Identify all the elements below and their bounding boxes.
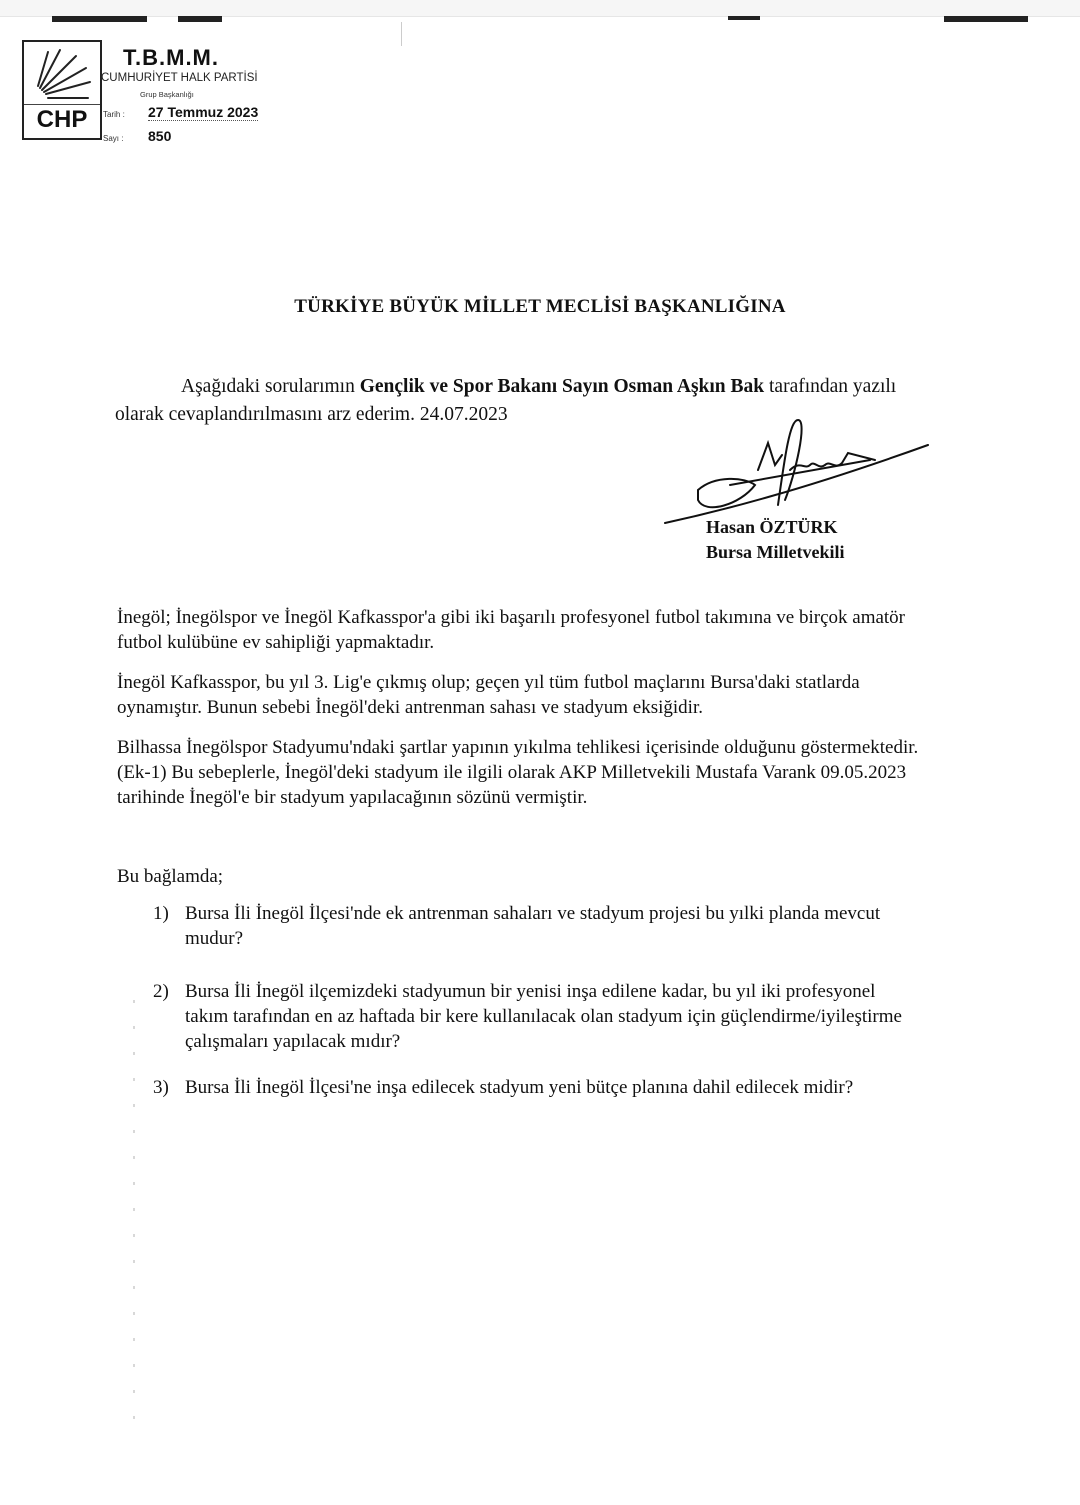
minister-name: Gençlik ve Spor Bakanı Sayın Osman Aşkın… bbox=[360, 376, 764, 397]
letterhead-group: Grup Başkanlığı bbox=[140, 90, 194, 99]
signer-title: Bursa Milletvekili bbox=[706, 540, 845, 565]
body-paragraph: Bilhassa İnegölspor Stadyumu'ndaki şartl… bbox=[117, 735, 927, 810]
logo-text: CHP bbox=[24, 106, 100, 134]
date-value: 27 Temmuz 2023 bbox=[148, 104, 258, 121]
number-value: 850 bbox=[148, 128, 171, 144]
party-logo: CHP bbox=[22, 40, 102, 140]
fax-header-clipped bbox=[52, 16, 147, 22]
handwritten-signature-icon bbox=[660, 415, 930, 530]
intro-text: Aşağıdaki sorularımın bbox=[181, 376, 360, 397]
scan-artifact bbox=[401, 22, 402, 46]
fax-header-clipped bbox=[178, 16, 222, 22]
question-number: 2) bbox=[153, 979, 185, 1054]
body-paragraph: İnegöl; İnegölspor ve İnegöl Kafkasspor'… bbox=[117, 605, 927, 655]
signer-block: Hasan ÖZTÜRK Bursa Milletvekili bbox=[706, 515, 845, 565]
number-label: Sayı : bbox=[103, 134, 148, 143]
letterhead-number-row: Sayı : 850 bbox=[103, 128, 171, 144]
fax-header-clipped bbox=[944, 16, 1028, 22]
document-title: TÜRKİYE BÜYÜK MİLLET MECLİSİ BAŞKANLIĞIN… bbox=[0, 296, 1080, 318]
question-text: Bursa İli İnegöl İlçesi'ne inşa edilecek… bbox=[185, 1075, 853, 1100]
question-item: 3) Bursa İli İnegöl İlçesi'ne inşa edile… bbox=[153, 1075, 923, 1100]
letterhead-title: T.B.M.M. bbox=[123, 45, 219, 71]
question-number: 3) bbox=[153, 1075, 185, 1100]
question-item: 1) Bursa İli İnegöl İlçesi'nde ek antren… bbox=[153, 901, 923, 951]
letterhead-date-row: Tarih : 27 Temmuz 2023 bbox=[103, 104, 258, 121]
signer-name: Hasan ÖZTÜRK bbox=[706, 515, 845, 540]
body-paragraph: İnegöl Kafkasspor, bu yıl 3. Lig'e çıkmı… bbox=[117, 670, 927, 720]
letterhead-party: CUMHURİYET HALK PARTİSİ bbox=[101, 72, 258, 84]
question-number: 1) bbox=[153, 901, 185, 951]
date-label: Tarih : bbox=[103, 110, 148, 119]
question-text: Bursa İli İnegöl ilçemizdeki stadyumun b… bbox=[185, 979, 923, 1054]
questions-lead: Bu bağlamda; bbox=[117, 866, 223, 888]
scan-artifact bbox=[133, 1000, 135, 1430]
fax-header-clipped bbox=[728, 16, 760, 20]
question-item: 2) Bursa İli İnegöl ilçemizdeki stadyumu… bbox=[153, 979, 923, 1054]
question-text: Bursa İli İnegöl İlçesi'nde ek antrenman… bbox=[185, 901, 923, 951]
chp-six-arrows-logo-icon bbox=[24, 42, 100, 105]
viewer-top-bar bbox=[0, 0, 1080, 17]
